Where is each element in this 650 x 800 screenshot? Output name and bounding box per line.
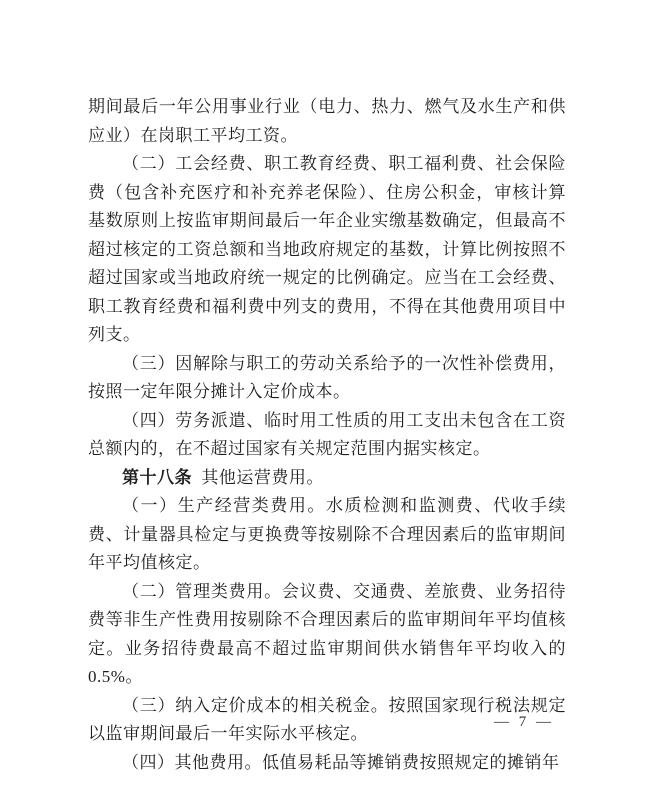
page-number: — 7 — [494, 712, 554, 732]
paragraph-item-4-other: （四）其他费用。低值易耗品等摊销费按照规定的摊销年 [88, 749, 566, 778]
paragraph-item-1-production: （一）生产经营类费用。水质检测和监测费、代收手续费、计量器具检定与更换费等按剔除… [88, 492, 566, 578]
paragraph-item-2-salary: （二）工会经费、职工教育经费、职工福利费、社会保险费（包含补充医疗和补充养老保险… [88, 150, 566, 350]
paragraph-item-4-dispatch: （四）劳务派遣、临时用工性质的用工支出未包含在工资总额内的，在不超过国家有关规定… [88, 407, 566, 464]
paragraph-continuation: 期间最后一年公用事业行业（电力、热力、燃气及水生产和供应业）在岗职工平均工资。 [88, 93, 566, 150]
document-page: 期间最后一年公用事业行业（电力、热力、燃气及水生产和供应业）在岗职工平均工资。 … [0, 0, 650, 800]
paragraph-item-2-management: （二）管理类费用。会议费、交通费、差旅费、业务招待费等非生产性费用按剔除不合理因… [88, 578, 566, 692]
article-number: 第十八条 [122, 468, 192, 487]
paragraph-item-3-severance: （三）因解除与职工的劳动关系给予的一次性补偿费用，按照一定年限分摊计入定价成本。 [88, 350, 566, 407]
article-title: 其他运营费用。 [201, 468, 324, 487]
document-text-block: 期间最后一年公用事业行业（电力、热力、燃气及水生产和供应业）在岗职工平均工资。 … [88, 93, 566, 777]
article-18-heading: 第十八条其他运营费用。 [88, 464, 566, 493]
